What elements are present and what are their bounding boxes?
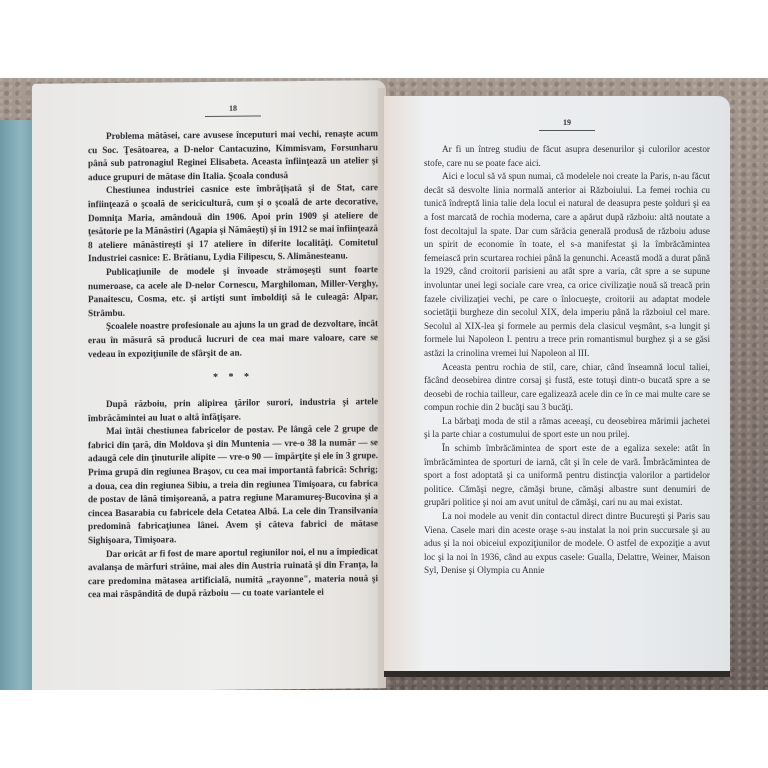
paragraph: La noi modele au venit din contactul dir… bbox=[424, 510, 710, 578]
paragraph: Şcoalele noastre profesionale au ajuns l… bbox=[88, 318, 378, 362]
page-number-rule bbox=[205, 115, 261, 117]
right-page: 19 Ar fi un întreg studiu de făcut asupr… bbox=[384, 96, 730, 671]
left-page: 18 Problema mătăsei, care avusese începu… bbox=[32, 80, 386, 690]
page-number-right: 19 bbox=[537, 118, 597, 127]
paragraph: Aceasta pentru rochia de stil, care, chi… bbox=[424, 361, 710, 415]
page-number-left: 18 bbox=[203, 103, 263, 113]
paragraph: Publicaţiunile de modele şi învoade stră… bbox=[88, 263, 378, 320]
paragraph: Aici e locul să vă spun numai, că modele… bbox=[424, 170, 710, 360]
book-photo: 18 Problema mătăsei, care avusese începu… bbox=[0, 78, 768, 690]
paragraph: La bărbaţi moda de stil a rămas aceeaşi,… bbox=[424, 415, 710, 442]
paragraph: Problema mătăsei, care avusese începutur… bbox=[88, 127, 378, 184]
section-separator: * * * bbox=[88, 370, 378, 384]
book-cover-edge bbox=[0, 120, 34, 690]
paragraph: Ar fi un întreg studiu de făcut asupra d… bbox=[424, 143, 710, 170]
paragraph: Dar oricât ar fi fost de mare aportul re… bbox=[88, 545, 378, 602]
paragraph: În schimb îmbrăcămintea de sport este de… bbox=[424, 442, 710, 510]
paragraph: După războiu, prin alipirea ţărilor suro… bbox=[88, 395, 378, 425]
paragraph: Chestiunea industriei casnice este îmbră… bbox=[88, 182, 378, 267]
paragraph: Mai întâi chestiunea fabricelor de posta… bbox=[88, 423, 378, 548]
page-number-rule bbox=[539, 130, 595, 131]
